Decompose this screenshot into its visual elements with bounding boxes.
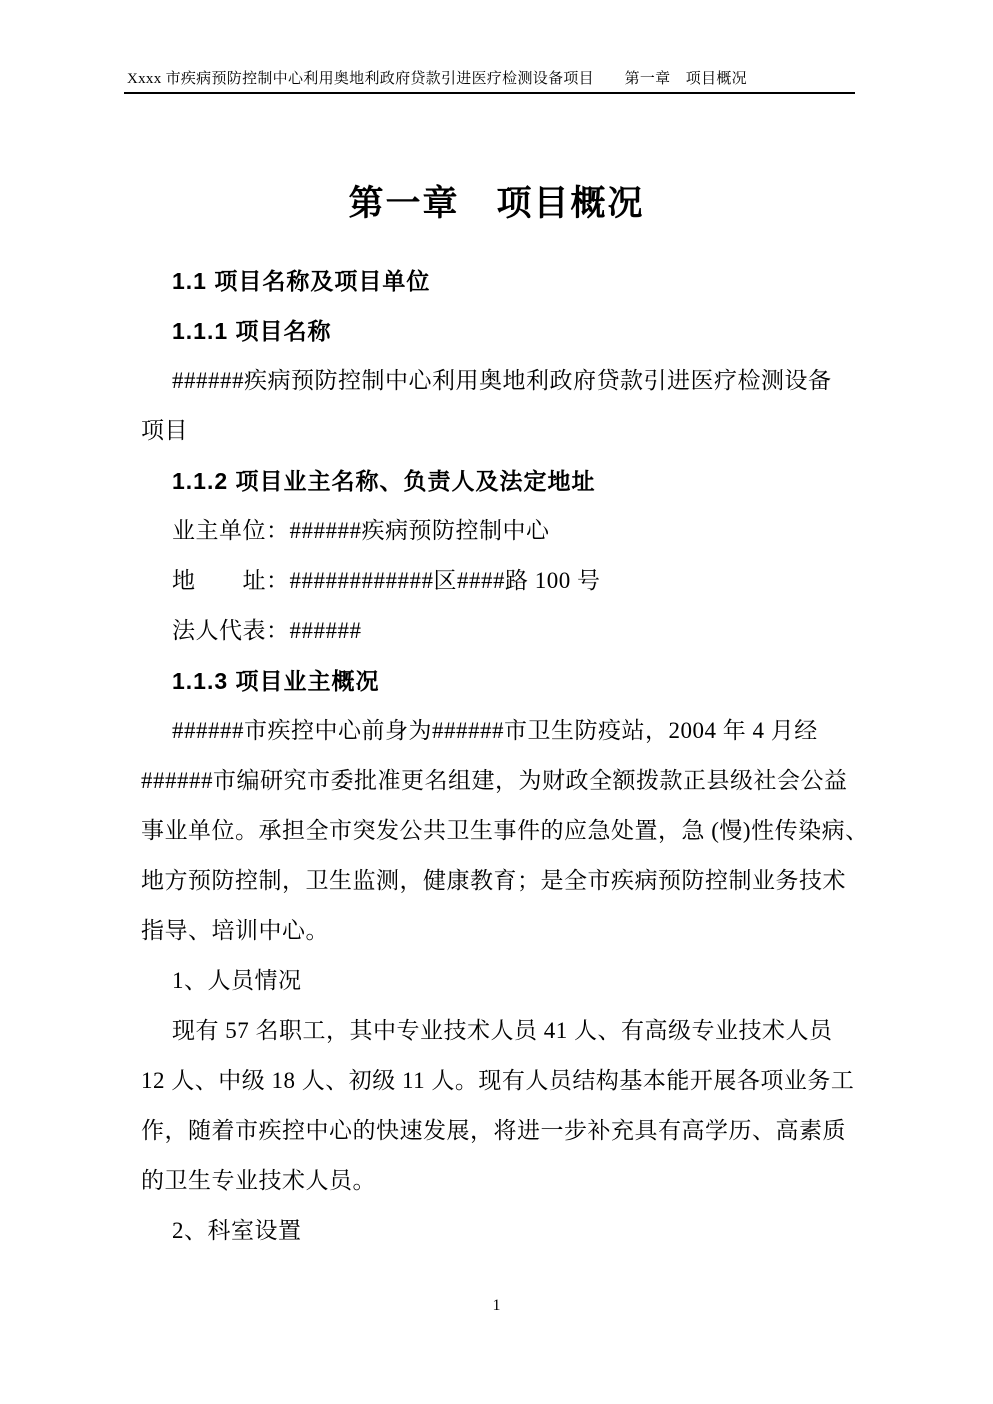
paragraph-line: 项目 — [141, 418, 857, 444]
address-line: 地 址：############区####路 100 号 — [141, 568, 857, 594]
paragraph-line: 地方预防控制，卫生监测，健康教育；是全市疾病预防控制业务技术 — [141, 868, 857, 894]
paragraph-line: 作，随着市疾控中心的快速发展，将进一步补充具有高学历、高素质 — [141, 1118, 857, 1144]
list-item-personnel: 1、人员情况 — [141, 968, 857, 994]
document-page: Xxxx 市疾病预防控制中心利用奥地利政府贷款引进医疗检测设备项目 第一章 项目… — [0, 0, 993, 1404]
paragraph-line: 事业单位。承担全市突发公共卫生事件的应急处置，急 (慢)性传染病、 — [141, 818, 857, 844]
document-title: 第一章 项目概况 — [0, 176, 993, 226]
paragraph-line: ######市疾控中心前身为######市卫生防疫站，2004 年 4 月经 — [141, 718, 857, 744]
list-item-departments: 2、科室设置 — [141, 1218, 857, 1244]
legal-rep-line: 法人代表：###### — [141, 618, 857, 644]
paragraph-line: 现有 57 名职工，其中专业技术人员 41 人、有高级专业技术人员 — [141, 1018, 857, 1044]
paragraph-line: ######市编研究市委批准更名组建，为财政全额拨款正县级社会公益 — [141, 768, 857, 794]
section-heading-1-1-3: 1.1.3 项目业主概况 — [141, 668, 857, 694]
paragraph-line: ######疾病预防控制中心利用奥地利政府贷款引进医疗检测设备 — [141, 368, 857, 394]
section-heading-1-1: 1.1 项目名称及项目单位 — [141, 268, 857, 294]
section-heading-1-1-2: 1.1.2 项目业主名称、负责人及法定地址 — [141, 468, 857, 494]
section-heading-1-1-1: 1.1.1 项目名称 — [141, 318, 857, 344]
owner-unit-line: 业主单位：######疾病预防控制中心 — [141, 518, 857, 544]
header-rule — [124, 92, 855, 94]
page-header-text: Xxxx 市疾病预防控制中心利用奥地利政府贷款引进医疗检测设备项目 第一章 项目… — [127, 67, 867, 88]
paragraph-line: 12 人、中级 18 人、初级 11 人。现有人员结构基本能开展各项业务工 — [141, 1068, 857, 1094]
page-number: 1 — [0, 1297, 993, 1315]
paragraph-line: 指导、培训中心。 — [141, 918, 857, 944]
paragraph-line: 的卫生专业技术人员。 — [141, 1168, 857, 1194]
